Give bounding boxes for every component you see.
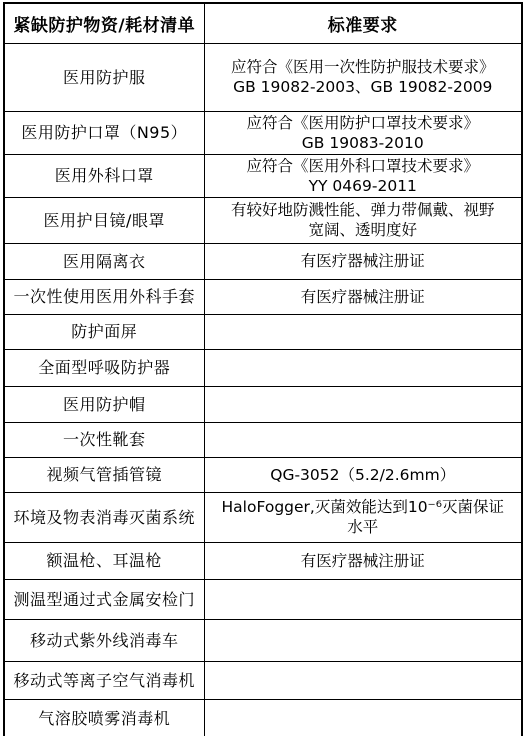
requirement-cell <box>204 386 522 422</box>
table-row: 移动式紫外线消毒车 <box>4 619 522 661</box>
item-name-cell: 移动式等离子空气消毒机 <box>4 661 204 699</box>
table-row: 一次性使用医用外科手套 有医疗器械注册证 <box>4 279 522 314</box>
item-name-cell: 医用防护服 <box>4 43 204 111</box>
requirement-cell <box>204 619 522 661</box>
table-row: 气溶胶喷雾消毒机 <box>4 699 522 736</box>
requirement-cell: 有医疗器械注册证 <box>204 279 522 314</box>
item-name-cell: 环境及物表消毒灭菌系统 <box>4 492 204 542</box>
item-name-cell: 一次性靴套 <box>4 422 204 457</box>
table-row: 移动式等离子空气消毒机 <box>4 661 522 699</box>
requirement-cell: 应符合《医用外科口罩技术要求》 YY 0469-2011 <box>204 154 522 197</box>
requirement-cell <box>204 314 522 349</box>
column-header-requirements: 标准要求 <box>204 3 522 43</box>
requirement-cell: 有医疗器械注册证 <box>204 542 522 579</box>
table-row: 视频气管插管镜 QG-3052（5.2/2.6mm） <box>4 457 522 492</box>
item-name-cell: 全面型呼吸防护器 <box>4 349 204 386</box>
table-row: 额温枪、耳温枪 有医疗器械注册证 <box>4 542 522 579</box>
item-name-cell: 视频气管插管镜 <box>4 457 204 492</box>
table-row: 医用隔离衣 有医疗器械注册证 <box>4 243 522 279</box>
requirement-cell: HaloFogger,灭菌效能达到10⁻⁶灭菌保证 水平 <box>204 492 522 542</box>
item-name-cell: 一次性使用医用外科手套 <box>4 279 204 314</box>
requirement-cell <box>204 661 522 699</box>
item-name-cell: 医用护目镜/眼罩 <box>4 197 204 243</box>
item-name-cell: 医用隔离衣 <box>4 243 204 279</box>
table-header-row: 紧缺防护物资/耗材清单 标准要求 <box>4 3 522 43</box>
table-row: 防护面屏 <box>4 314 522 349</box>
column-header-items: 紧缺防护物资/耗材清单 <box>4 3 204 43</box>
requirement-cell: 有医疗器械注册证 <box>204 243 522 279</box>
requirement-cell: 应符合《医用一次性防护服技术要求》 GB 19082-2003、GB 19082… <box>204 43 522 111</box>
requirement-cell <box>204 349 522 386</box>
table-row: 全面型呼吸防护器 <box>4 349 522 386</box>
requirement-cell <box>204 422 522 457</box>
item-name-cell: 移动式紫外线消毒车 <box>4 619 204 661</box>
item-name-cell: 防护面屏 <box>4 314 204 349</box>
table-row: 医用防护帽 <box>4 386 522 422</box>
table-row: 一次性靴套 <box>4 422 522 457</box>
requirement-cell: QG-3052（5.2/2.6mm） <box>204 457 522 492</box>
item-name-cell: 医用防护口罩（N95） <box>4 111 204 154</box>
item-name-cell: 额温枪、耳温枪 <box>4 542 204 579</box>
requirement-cell: 应符合《医用防护口罩技术要求》 GB 19083-2010 <box>204 111 522 154</box>
requirement-cell <box>204 579 522 619</box>
table-row: 环境及物表消毒灭菌系统 HaloFogger,灭菌效能达到10⁻⁶灭菌保证 水平 <box>4 492 522 542</box>
item-name-cell: 医用外科口罩 <box>4 154 204 197</box>
table-row: 医用外科口罩 应符合《医用外科口罩技术要求》 YY 0469-2011 <box>4 154 522 197</box>
requirement-cell: 有较好地防溅性能、弹力带佩戴、视野 宽阔、透明度好 <box>204 197 522 243</box>
table-row: 医用护目镜/眼罩 有较好地防溅性能、弹力带佩戴、视野 宽阔、透明度好 <box>4 197 522 243</box>
table-row: 医用防护服 应符合《医用一次性防护服技术要求》 GB 19082-2003、GB… <box>4 43 522 111</box>
table-row: 医用防护口罩（N95） 应符合《医用防护口罩技术要求》 GB 19083-201… <box>4 111 522 154</box>
supplies-table: 紧缺防护物资/耗材清单 标准要求 医用防护服 应符合《医用一次性防护服技术要求》… <box>3 2 523 736</box>
requirement-cell <box>204 699 522 736</box>
table-row: 测温型通过式金属安检门 <box>4 579 522 619</box>
item-name-cell: 测温型通过式金属安检门 <box>4 579 204 619</box>
item-name-cell: 气溶胶喷雾消毒机 <box>4 699 204 736</box>
item-name-cell: 医用防护帽 <box>4 386 204 422</box>
